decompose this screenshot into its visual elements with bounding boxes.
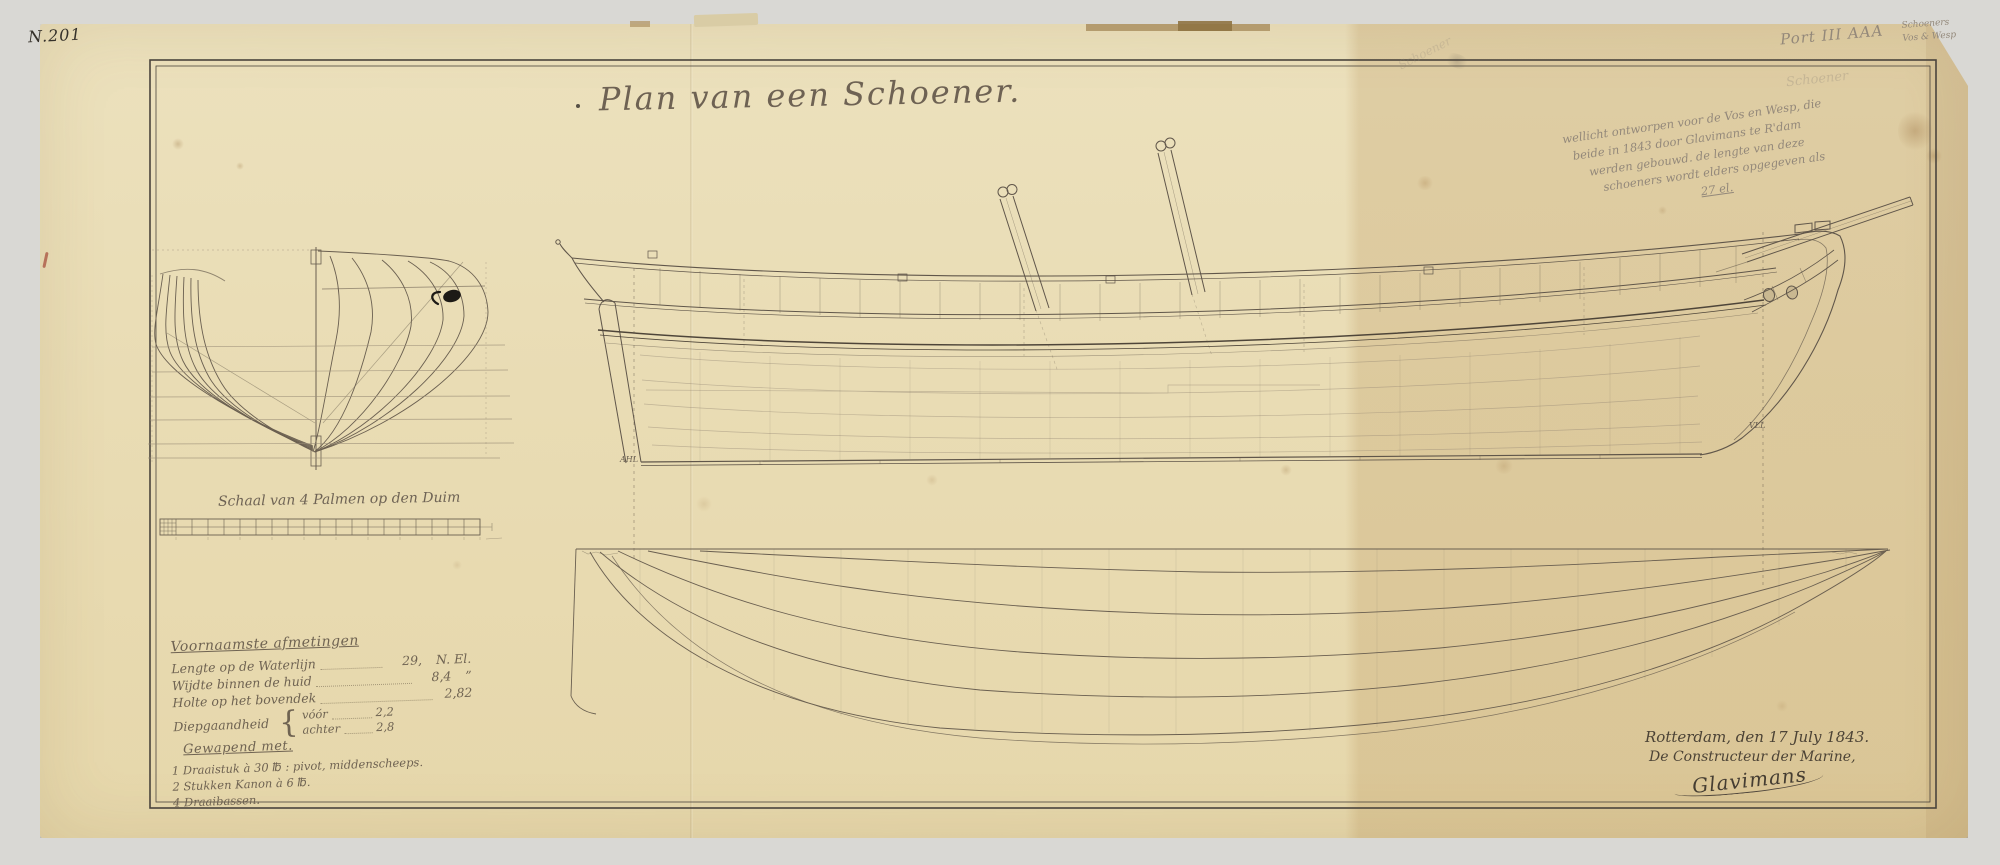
edge-nick xyxy=(630,21,650,27)
dimension-value: 2,82 xyxy=(436,685,473,703)
armament-list: Gewapend met. 1 Draaistuk à 30 ℔ : pivot… xyxy=(171,730,503,811)
foxing-spot xyxy=(172,138,184,150)
foxing-spot xyxy=(1776,700,1788,712)
draught-fore-label: vóór xyxy=(302,706,328,722)
dotted-leader xyxy=(320,667,382,670)
foxing-spot xyxy=(926,474,938,486)
draught-aft-value: 2,8 xyxy=(376,719,395,735)
ditto-mark: ” xyxy=(465,668,472,685)
pencil-corner-note: Schoeners Vos & Wesp xyxy=(1901,16,1956,45)
principal-dimensions-table: Voornaamste afmetingen Lengte op de Wate… xyxy=(170,629,473,742)
role-line: De Constructeur der Marine, xyxy=(1649,749,1869,765)
stain xyxy=(1926,148,1942,164)
fore-perpendicular-label: VLL xyxy=(1749,421,1765,430)
foxing-spot xyxy=(1494,458,1514,474)
scanned-sheet-scene: N.201 Plan van een Schoener. Port III AA… xyxy=(0,0,2000,865)
paper-edge-shade xyxy=(1926,24,1968,838)
foxing-spot xyxy=(696,496,712,512)
draught-aft-label: achter xyxy=(302,721,340,737)
foxing-spot xyxy=(1280,464,1292,476)
dotted-leader xyxy=(332,717,372,719)
dimension-unit: N. El. xyxy=(436,651,472,669)
foxing-spot xyxy=(452,560,462,570)
aft-perpendicular-label: AHL xyxy=(620,455,638,464)
tape-residue-dark xyxy=(1178,21,1232,31)
dimension-value: 29, xyxy=(386,652,423,670)
stain xyxy=(1898,110,1932,152)
signature-block: Rotterdam, den 17 July 1843. De Construc… xyxy=(1645,728,1869,765)
foxing-spot xyxy=(1416,176,1434,190)
foxing-spot xyxy=(236,162,244,170)
dimension-label: Diepgaandheid xyxy=(173,716,269,734)
dimension-value: 8,4 xyxy=(415,668,452,686)
place-date-line: Rotterdam, den 17 July 1843. xyxy=(1645,728,1869,746)
paper-tear-flap xyxy=(694,13,758,27)
paper-crease xyxy=(690,24,693,838)
draught-fore-value: 2,2 xyxy=(375,704,394,720)
brace-glyph: { xyxy=(279,709,299,737)
ink-dot xyxy=(576,104,580,108)
archive-number: N.201 xyxy=(28,25,83,47)
dotted-leader xyxy=(344,732,372,734)
